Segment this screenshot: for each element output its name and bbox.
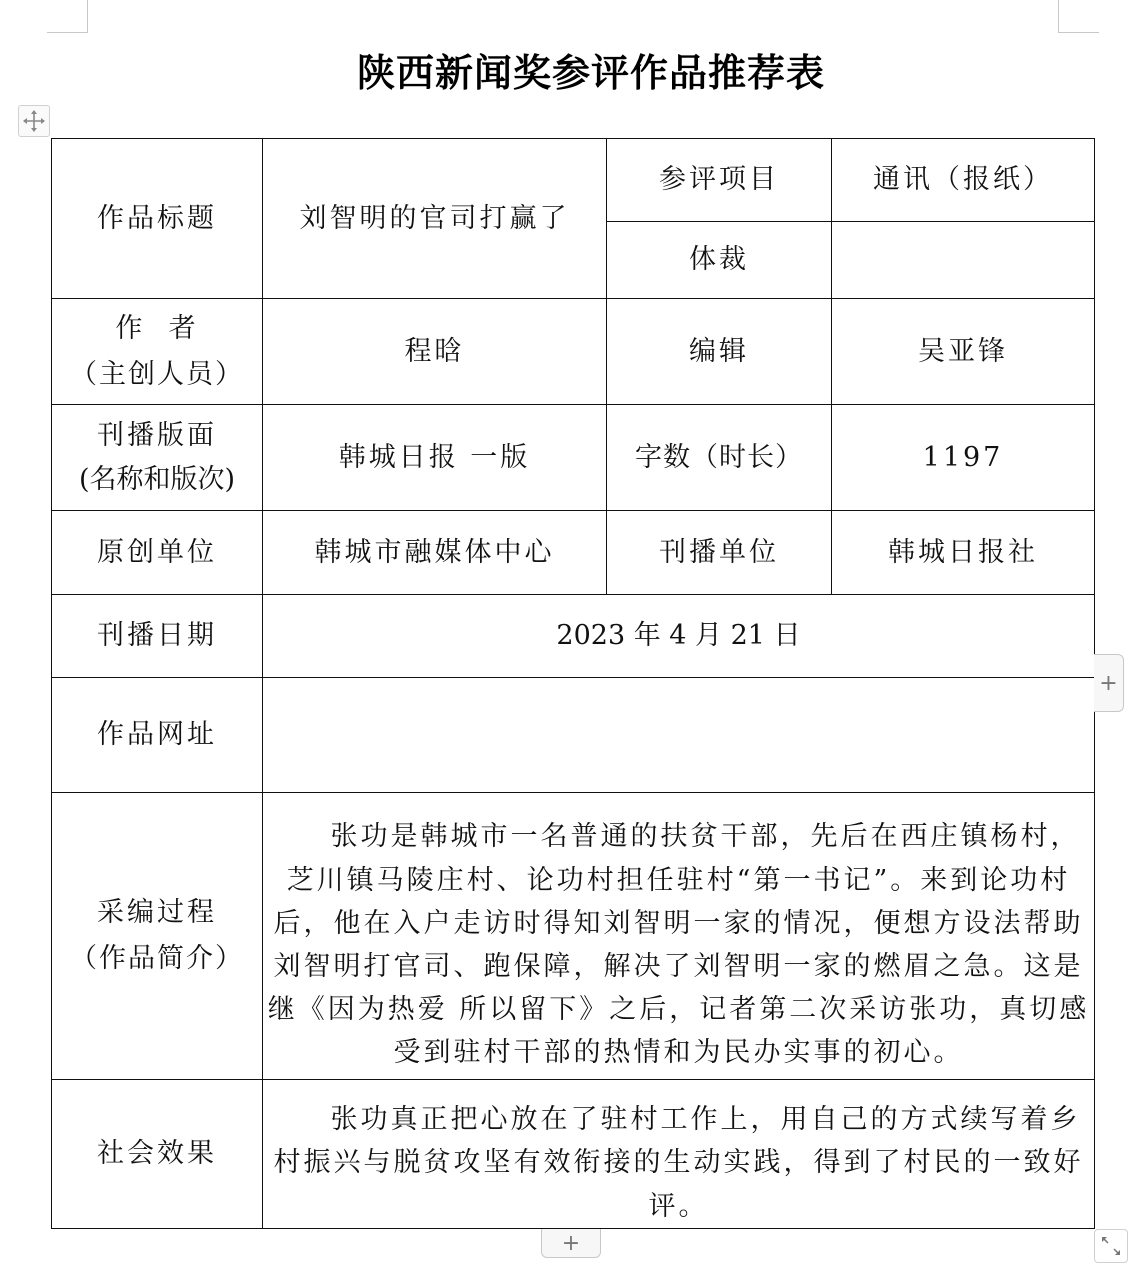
resize-diagonal-icon xyxy=(1100,1235,1122,1257)
add-column-button[interactable]: + xyxy=(1094,654,1124,712)
cell-category-value[interactable]: 通讯（报纸） xyxy=(832,139,1095,222)
cell-title-value[interactable]: 刘智明的官司打赢了 xyxy=(263,139,607,299)
cell-editor-value[interactable]: 吴亚锋 xyxy=(832,299,1095,405)
move-arrows-icon xyxy=(22,109,46,133)
cell-date-value[interactable]: 2023 年 4 月 21 日 xyxy=(263,595,1095,678)
cell-layout-label: 刊播版面 (名称和版次) xyxy=(52,405,263,511)
cell-effect-label: 社会效果 xyxy=(52,1080,263,1229)
cell-origin-label: 原创单位 xyxy=(52,511,263,595)
table-resize-handle[interactable] xyxy=(1094,1229,1128,1263)
table-move-handle[interactable] xyxy=(18,105,50,137)
cell-publisher-value[interactable]: 韩城日报社 xyxy=(832,511,1095,595)
document-title: 陕西新闻奖参评作品推荐表 xyxy=(0,42,1132,97)
cell-publisher-label: 刊播单位 xyxy=(607,511,832,595)
cell-category-label: 参评项目 xyxy=(607,139,832,222)
cell-process-text[interactable]: 张功是韩城市一名普通的扶贫干部，先后在西庄镇杨村，芝川镇马陵庄村、论功村担任驻村… xyxy=(263,793,1095,1080)
cell-url-label: 作品网址 xyxy=(52,678,263,793)
cell-date-label: 刊播日期 xyxy=(52,595,263,678)
plus-icon: + xyxy=(1099,671,1117,696)
cell-author-value[interactable]: 程晗 xyxy=(263,299,607,405)
cell-origin-value[interactable]: 韩城市融媒体中心 xyxy=(263,511,607,595)
cell-url-value[interactable] xyxy=(263,678,1095,793)
page-corner-mark-right xyxy=(1058,0,1099,33)
cell-wordcount-label: 字数（时长） xyxy=(607,405,832,511)
cell-editor-label: 编辑 xyxy=(607,299,832,405)
cell-effect-text[interactable]: 张功真正把心放在了驻村工作上，用自己的方式续写着乡村振兴与脱贫攻坚有效衔接的生动… xyxy=(263,1080,1095,1229)
cell-genre-label: 体裁 xyxy=(607,222,832,299)
add-row-button[interactable]: + xyxy=(541,1229,601,1258)
cell-genre-value[interactable] xyxy=(832,222,1095,299)
cell-wordcount-value[interactable]: 1197 xyxy=(832,405,1095,511)
page-corner-mark-left xyxy=(47,0,88,33)
plus-icon: + xyxy=(562,1231,580,1256)
cell-author-label: 作 者 （主创人员） xyxy=(52,299,263,405)
recommendation-table: 作品标题 刘智明的官司打赢了 参评项目 通讯（报纸） 体裁 作 者 （主创人员）… xyxy=(51,138,1095,1229)
cell-title-label: 作品标题 xyxy=(52,139,263,299)
cell-layout-value[interactable]: 韩城日报 一版 xyxy=(263,405,607,511)
cell-process-label: 采编过程 （作品简介） xyxy=(52,793,263,1080)
